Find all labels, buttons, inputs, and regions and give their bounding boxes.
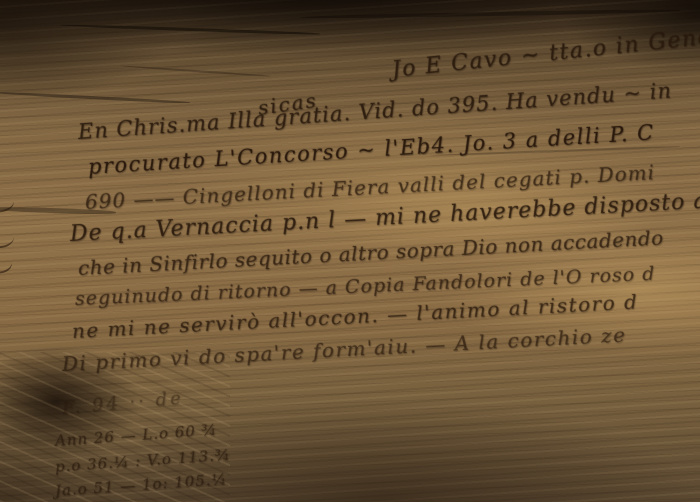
left-edge-ink-mark xyxy=(0,228,15,250)
left-edge-ink-mark xyxy=(0,193,16,214)
wood-grain-crack xyxy=(60,23,320,35)
wood-grain-crack xyxy=(120,65,270,77)
manuscript-photo: Jo E Cavo ~ tta.o in Genova sicas En Chr… xyxy=(0,0,700,502)
manuscript-line-heading: Jo E Cavo ~ tta.o in Genova xyxy=(391,21,700,82)
wood-grain-crack xyxy=(300,9,680,20)
wood-grain-crack xyxy=(0,91,190,104)
left-edge-ink-mark xyxy=(0,255,14,275)
